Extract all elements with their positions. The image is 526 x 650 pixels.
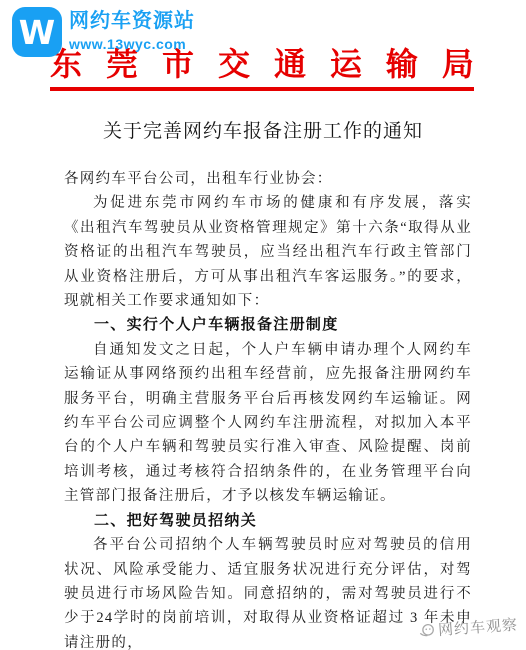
wyc-logo-letter: W (19, 16, 55, 49)
notice-title: 关于完善网约车报备注册工作的通知 (0, 116, 526, 143)
source-watermark-text: 网约车资源站 www.13wyc.com (69, 6, 195, 52)
masthead-divider-rule (50, 87, 474, 91)
source-site-url: www.13wyc.com (69, 36, 195, 52)
notice-document-page: W 网约车资源站 www.13wyc.com 东莞市交通运输局 关于完善网约车报… (0, 0, 526, 650)
section-2-heading: 二、把好驾驶员招纳关 (64, 509, 472, 533)
section-2-paragraph: 各平台公司招纳个人车辆驾驶员时应对驾驶员的信用状况、风险承受能力、适宜服务状况进… (64, 533, 472, 650)
observer-watermark-label: 网约车观察 (437, 614, 518, 641)
section-1-paragraph: 自通知发文之日起，个人户车辆申请办理个人网约车运输证从事网络预约出租车经营前，应… (64, 338, 472, 509)
notice-salutation: 各网约车平台公司，出租车行业协会： (64, 167, 472, 191)
observer-face-icon (419, 622, 436, 639)
section-1-heading: 一、实行个人户车辆报备注册制度 (64, 313, 472, 337)
source-site-name: 网约车资源站 (69, 10, 195, 32)
source-watermark: W 网约车资源站 www.13wyc.com (12, 6, 195, 56)
notice-body: 各网约车平台公司，出租车行业协会： 为促进东莞市网约车市场的健康和有序发展，落实… (64, 167, 472, 650)
notice-intro-paragraph: 为促进东莞市网约车市场的健康和有序发展，落实《出租汽车驾驶员从业资格管理规定》第… (64, 191, 472, 313)
wyc-logo-icon: W (12, 7, 62, 57)
